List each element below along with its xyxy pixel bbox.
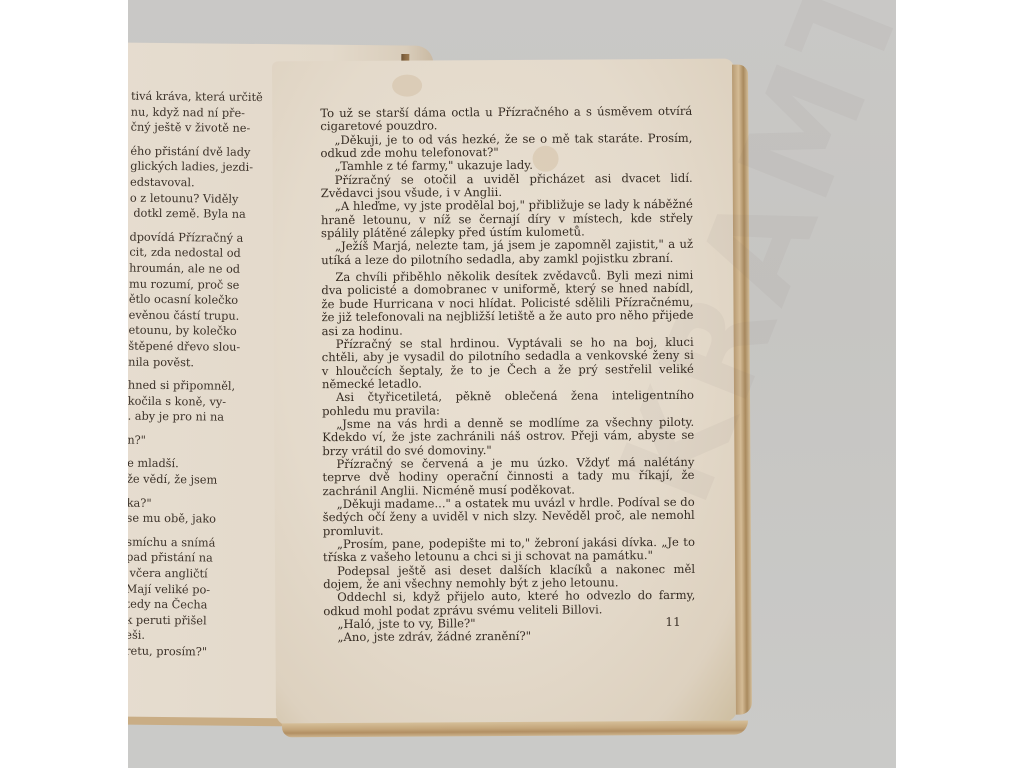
paragraph: „Ježíš Marjá, nelezte tam, já jsem je za… [321, 238, 693, 267]
paragraph: „Prosím, pane, podepište mi to," žebroní… [323, 536, 695, 565]
paragraph: „A hleďme, vy jste prodělal boj," přibli… [321, 198, 693, 240]
paragraph: Oddechl si, když přijelo auto, které ho … [323, 589, 695, 618]
page-number: 11 [665, 615, 680, 629]
paragraph: To už se starší dáma octla u Přízračného… [320, 105, 692, 134]
paragraph: Přízračný se červená a je mu úzko. Vždyť… [322, 456, 694, 498]
paragraph: „Děkuji, je to od vás hezké, že se o mě … [320, 132, 692, 161]
paragraph: „Ano, jste zdráv, žádné zranění?" [323, 629, 695, 645]
paragraph: Za chvíli přiběhlo několik desítek zvěda… [321, 269, 693, 338]
paragraph: Přízračný se stal hrdinou. Vyptávali se … [322, 336, 694, 392]
paragraph: „Jsme na vás hrdi a denně se modlíme za … [322, 416, 694, 458]
paper-stain [392, 75, 422, 97]
paragraph: Asi čtyřicetiletá, pěkně oblečená žena i… [322, 389, 694, 418]
book-photo: tivá kráva, která určitěnu, když nad ní … [128, 0, 896, 768]
right-page-bottom-edge [282, 721, 748, 738]
paragraph: Přízračný se otočil a uviděl přicházet a… [321, 172, 693, 201]
right-page: KRAMT To už se starší dáma octla u Přízr… [272, 59, 738, 726]
paragraph: Podepsal ještě asi deset dalších klacíků… [323, 563, 695, 592]
right-page-text: To už se starší dáma octla u Přízračného… [320, 105, 695, 645]
paragraph: „Děkuji madame..." a ostatek mu uvázl v … [323, 496, 695, 538]
